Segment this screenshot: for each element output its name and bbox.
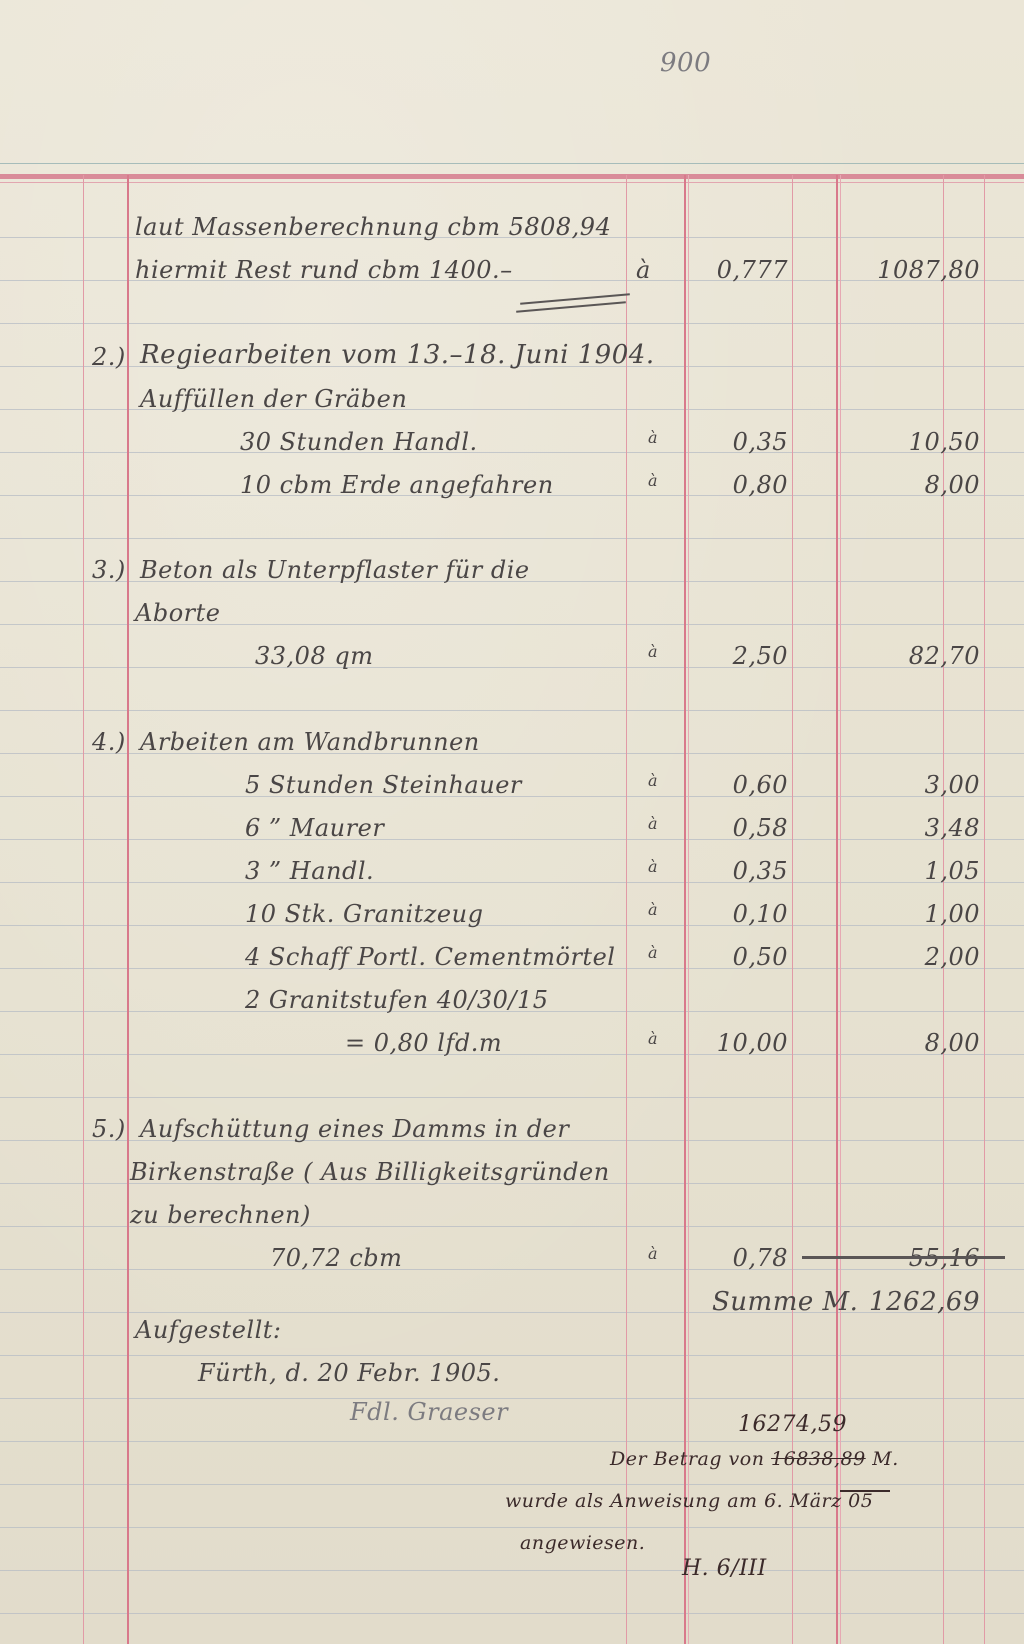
approval-note-line3: angewiesen.	[520, 1532, 645, 1554]
entry4-line5-rate: 0,50	[700, 943, 788, 971]
entry4-line2-amount: 3,48	[845, 814, 980, 842]
entry3-line1-rate: 2,50	[700, 642, 788, 670]
entry4-line7-desc: = 0,80 lfd.m	[345, 1029, 502, 1057]
entry1-rate: 0,777	[700, 256, 788, 284]
entry3-number: 3.)	[92, 556, 126, 584]
entry4-line4-desc: 10 Stk. Granitzeug	[245, 900, 483, 928]
entry5-line1-unit: à	[648, 1244, 658, 1263]
entry1-line1-desc: laut Massenberechnung cbm 5808,94	[135, 213, 611, 241]
entry4-line3-unit: à	[648, 857, 658, 876]
approval-note-line1: Der Betrag von 16838,89 M.	[610, 1448, 899, 1470]
entry2-line2-amount: 8,00	[845, 471, 980, 499]
header-red-band	[0, 174, 1024, 179]
entry2-line2-rate: 0,80	[700, 471, 788, 499]
approval-initials: H. 6/III	[682, 1556, 767, 1581]
entry4-line1-rate: 0,60	[700, 771, 788, 799]
entry4-line3-rate: 0,35	[700, 857, 788, 885]
struck-amount: 16838,89	[771, 1448, 866, 1470]
entry5-number: 5.)	[92, 1115, 126, 1143]
entry1-unit: à	[636, 256, 651, 284]
entry5-title: Aufschüttung eines Damms in der	[140, 1115, 569, 1143]
entry4-line5-amount: 2,00	[845, 943, 980, 971]
entry5-line1-rate: 0,78	[700, 1244, 788, 1272]
entry2-number: 2.)	[92, 343, 126, 371]
entry3-title: Beton als Unterpflaster für die	[140, 556, 530, 584]
entry4-line7-rate: 10,00	[700, 1029, 788, 1057]
note-dash	[840, 1490, 890, 1492]
entry5-line1-desc: 70,72 cbm	[270, 1244, 402, 1272]
entry4-line2-unit: à	[648, 814, 658, 833]
entry4-line4-rate: 0,10	[700, 900, 788, 928]
place-date: Fürth, d. 20 Febr. 1905.	[198, 1359, 500, 1387]
entry3-line1-unit: à	[648, 642, 658, 661]
entry2-title: Regiearbeiten vom 13.–18. Juni 1904.	[140, 340, 655, 370]
entry5-subtitle2: zu berechnen)	[130, 1201, 311, 1229]
header-red-thin	[0, 182, 1024, 183]
entry4-title: Arbeiten am Wandbrunnen	[140, 728, 480, 756]
entry2-line2-unit: à	[648, 471, 658, 490]
entry1-amount: 1087,80	[845, 256, 980, 284]
total-label: Summe M.	[712, 1287, 858, 1317]
entry3-subtitle: Aborte	[135, 599, 220, 627]
total-amount: 1262,69	[845, 1287, 980, 1317]
entry4-line4-unit: à	[648, 900, 658, 919]
entry4-line1-amount: 3,00	[845, 771, 980, 799]
entry4-number: 4.)	[92, 728, 126, 756]
entry2-subtitle: Auffüllen der Gräben	[140, 385, 407, 413]
entry2-line1-desc: 30 Stunden Handl.	[240, 428, 478, 456]
entry3-line1-desc: 33,08 qm	[255, 642, 373, 670]
entry4-line7-unit: à	[648, 1029, 658, 1048]
entry3-line1-amount: 82,70	[845, 642, 980, 670]
entry2-line1-rate: 0,35	[700, 428, 788, 456]
approval-note-line2: wurde als Anweisung am 6. März 05	[505, 1490, 873, 1512]
entry4-line6-desc: 2 Granitstufen 40/30/15	[245, 986, 549, 1014]
signature: Fdl. Graeser	[350, 1398, 508, 1426]
correction-amount: 16274,59	[738, 1412, 847, 1437]
entry4-line7-amount: 8,00	[845, 1029, 980, 1057]
entry4-line3-desc: 3 ” Handl.	[245, 857, 374, 885]
entry1-line2-desc: hiermit Rest rund cbm 1400.–	[135, 256, 513, 284]
entry4-line4-amount: 1,00	[845, 900, 980, 928]
entry4-line5-desc: 4 Schaff Portl. Cementmörtel	[245, 943, 615, 971]
entry4-line3-amount: 1,05	[845, 857, 980, 885]
entry2-line1-unit: à	[648, 428, 658, 447]
entry2-line2-desc: 10 cbm Erde angefahren	[240, 471, 554, 499]
entry4-line2-rate: 0,58	[700, 814, 788, 842]
entry4-line1-desc: 5 Stunden Steinhauer	[245, 771, 522, 799]
entry4-line2-desc: 6 ” Maurer	[245, 814, 384, 842]
header-rule	[0, 163, 1024, 164]
prepared-label: Aufgestellt:	[135, 1316, 281, 1344]
sum-underline	[802, 1256, 1005, 1259]
entry2-line1-amount: 10,50	[845, 428, 980, 456]
page-number: 900	[660, 48, 711, 78]
entry4-line1-unit: à	[648, 771, 658, 790]
entry5-subtitle: Birkenstraße ( Aus Billigkeitsgründen	[130, 1158, 610, 1186]
entry4-line5-unit: à	[648, 943, 658, 962]
